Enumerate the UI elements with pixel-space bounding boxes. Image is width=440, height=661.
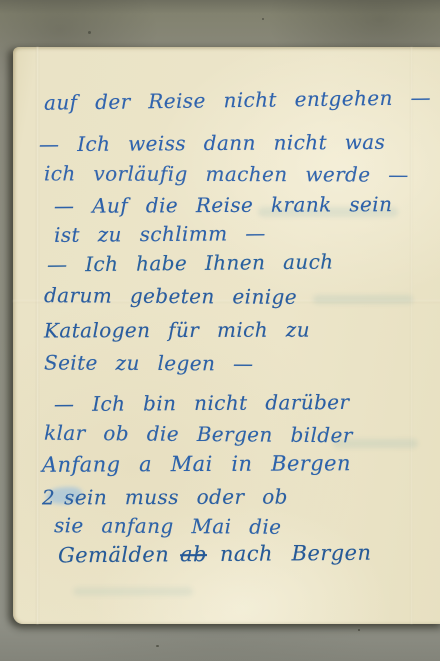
- handwriting-line-14: sie anfang Mai die: [54, 512, 282, 540]
- ghost-writing: [73, 587, 193, 596]
- handwriting-line-11: klar ob die Bergen bilder: [44, 420, 353, 449]
- overwritten-mark: 2: [42, 485, 55, 509]
- dust-speck: [262, 18, 264, 20]
- handwriting-line-7: darum gebeten einige: [44, 282, 297, 310]
- photo-backdrop: auf der Reise nicht entgehen — — Ich wei…: [0, 0, 440, 661]
- handwriting-line-6: — Ich habe Ihnen auch: [47, 249, 334, 278]
- handwriting-line-3: ich vorläufig machen werde —: [44, 160, 409, 187]
- dust-speck: [88, 31, 91, 34]
- paper-crease-vertical: [410, 47, 413, 624]
- handwriting-line-12: Anfang a Mai in Bergen: [42, 450, 351, 478]
- handwriting-text: Gemälden: [58, 542, 169, 567]
- handwriting-text: sein muss oder ob: [64, 485, 288, 510]
- handwriting-line-8: Katalogen für mich zu: [44, 317, 310, 344]
- handwriting-line-2: — Ich weiss dann nicht was: [39, 129, 385, 157]
- dust-speck: [358, 629, 360, 631]
- handwriting-text: nach Bergen: [220, 541, 372, 566]
- handwriting-line-9: Seite zu legen —: [44, 349, 254, 376]
- letter-page: auf der Reise nicht entgehen — — Ich wei…: [13, 47, 440, 624]
- ghost-writing: [313, 295, 413, 304]
- strikethrough-word: ab: [180, 542, 207, 566]
- handwriting-line-15: Gemäldenabnach Bergen: [58, 540, 372, 569]
- dust-speck: [156, 645, 159, 647]
- handwriting-line-13: 2sein muss oder ob: [42, 484, 288, 511]
- handwriting-line-1: auf der Reise nicht entgehen —: [44, 84, 431, 115]
- handwriting-line-4: — Auf die Reise krank sein: [54, 191, 392, 219]
- handwriting-line-5: ist zu schlimm —: [54, 220, 266, 248]
- handwriting-line-10: — Ich bin nicht darüber: [54, 389, 350, 417]
